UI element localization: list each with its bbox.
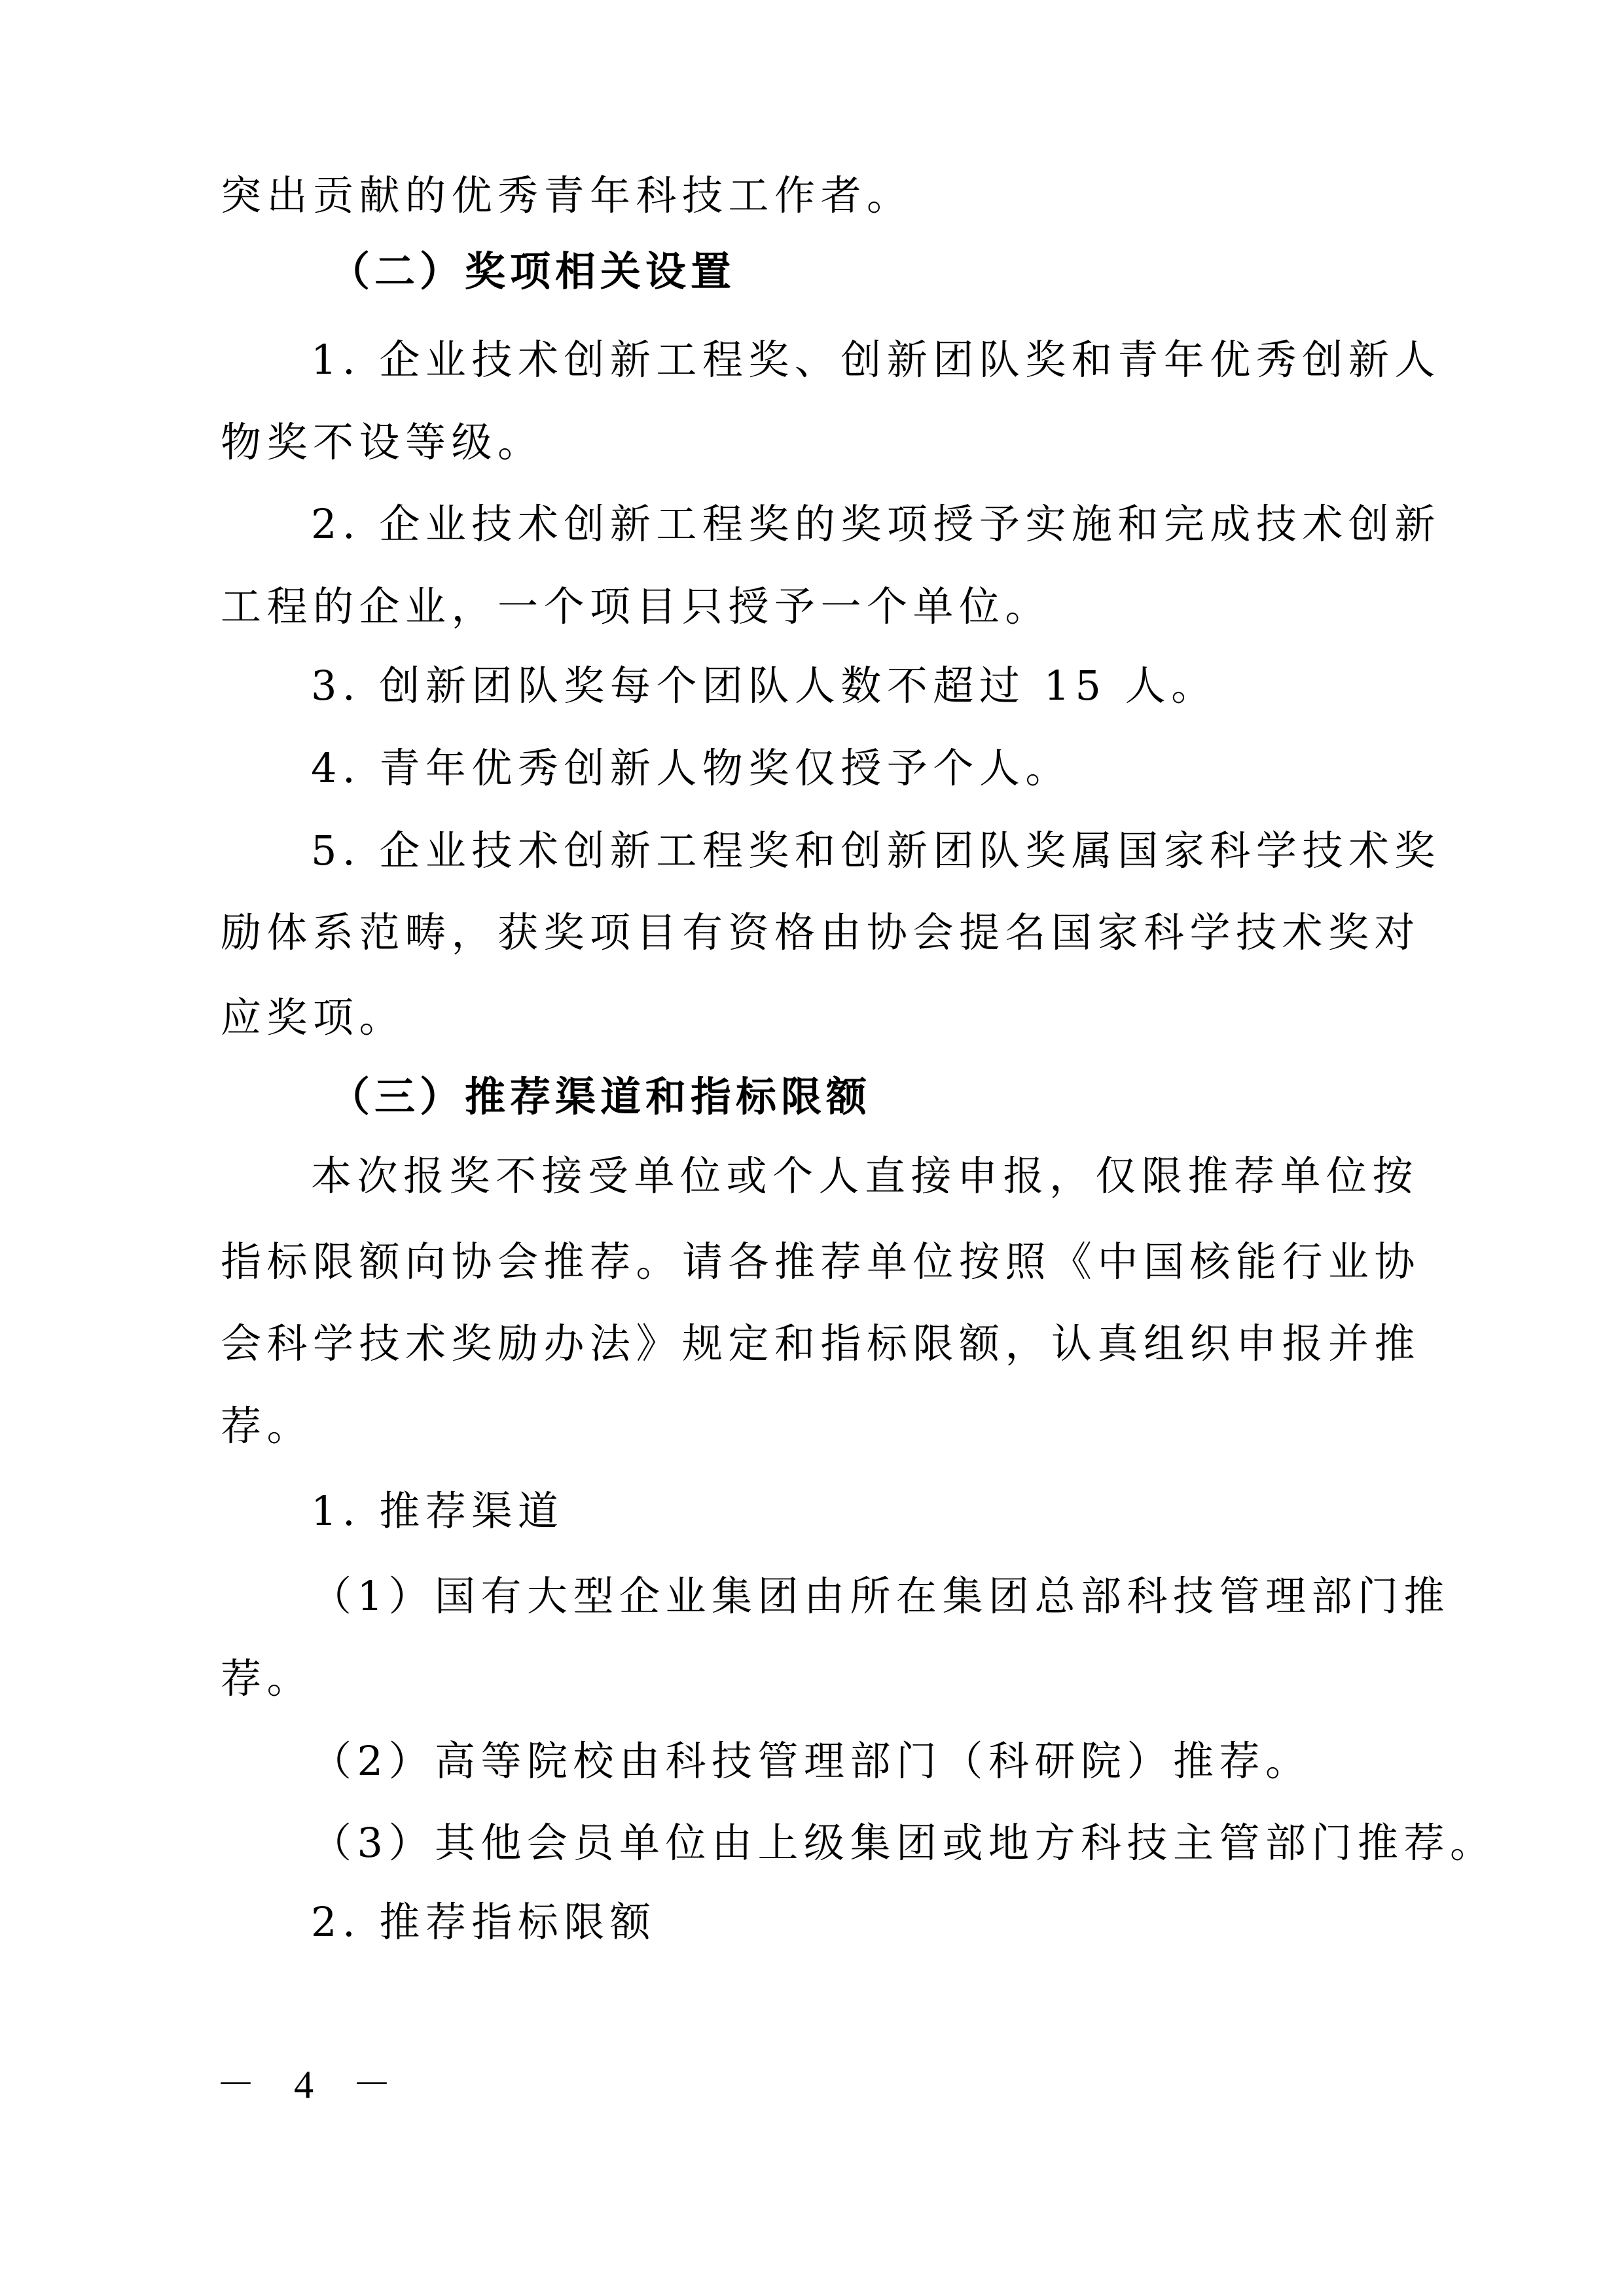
list-item-3: 3. 创新团队奖每个团队人数不超过 15 人。: [311, 660, 1483, 712]
list-item-1-continuation: 物奖不设等级。: [221, 416, 1392, 469]
list-item-4: 4. 青年优秀创新人物奖仅授予个人。: [311, 742, 1483, 795]
list-item-1-start: 1. 企业技术创新工程奖、创新团队奖和青年优秀创新人: [311, 334, 1483, 386]
subheading-recommend-channels: 1. 推荐渠道: [311, 1485, 1483, 1537]
paragraph-continuation: 会科学技术奖励办法》规定和指标限额，认真组织申报并推: [221, 1318, 1392, 1370]
paragraph-end: 荐。: [221, 1400, 1392, 1452]
document-page: 突出贡献的优秀青年科技工作者。 （二）奖项相关设置 1. 企业技术创新工程奖、创…: [0, 0, 1624, 2296]
list-item-5-continuation: 励体系范畴，获奖项目有资格由协会提名国家科学技术奖对: [221, 906, 1392, 959]
section-heading-channels-quota: （三）推荐渠道和指标限额: [329, 1071, 1501, 1123]
channel-item-3: （3）其他会员单位由上级集团或地方科技主管部门推荐。: [311, 1817, 1483, 1869]
list-item-2-continuation: 工程的企业，一个项目只授予一个单位。: [221, 581, 1392, 633]
body-line-continuation: 突出贡献的优秀青年科技工作者。: [221, 170, 1392, 222]
subheading-quota: 2. 推荐指标限额: [311, 1896, 1483, 1948]
list-item-5-end: 应奖项。: [221, 992, 1392, 1044]
page-number: － 4 －: [216, 2058, 406, 2111]
channel-item-1-start: （1）国有大型企业集团由所在集团总部科技管理部门推: [311, 1570, 1483, 1623]
paragraph-continuation: 指标限额向协会推荐。请各推荐单位按照《中国核能行业协: [221, 1236, 1392, 1288]
channel-item-2: （2）高等院校由科技管理部门（科研院）推荐。: [311, 1735, 1483, 1787]
section-heading-awards-settings: （二）奖项相关设置: [329, 245, 1501, 298]
list-item-5-start: 5. 企业技术创新工程奖和创新团队奖属国家科学技术奖: [311, 825, 1483, 877]
list-item-2-start: 2. 企业技术创新工程奖的奖项授予实施和完成技术创新: [311, 498, 1483, 550]
channel-item-1-end: 荐。: [221, 1653, 1392, 1705]
paragraph-start: 本次报奖不接受单位或个人直接申报，仅限推荐单位按: [311, 1150, 1483, 1202]
